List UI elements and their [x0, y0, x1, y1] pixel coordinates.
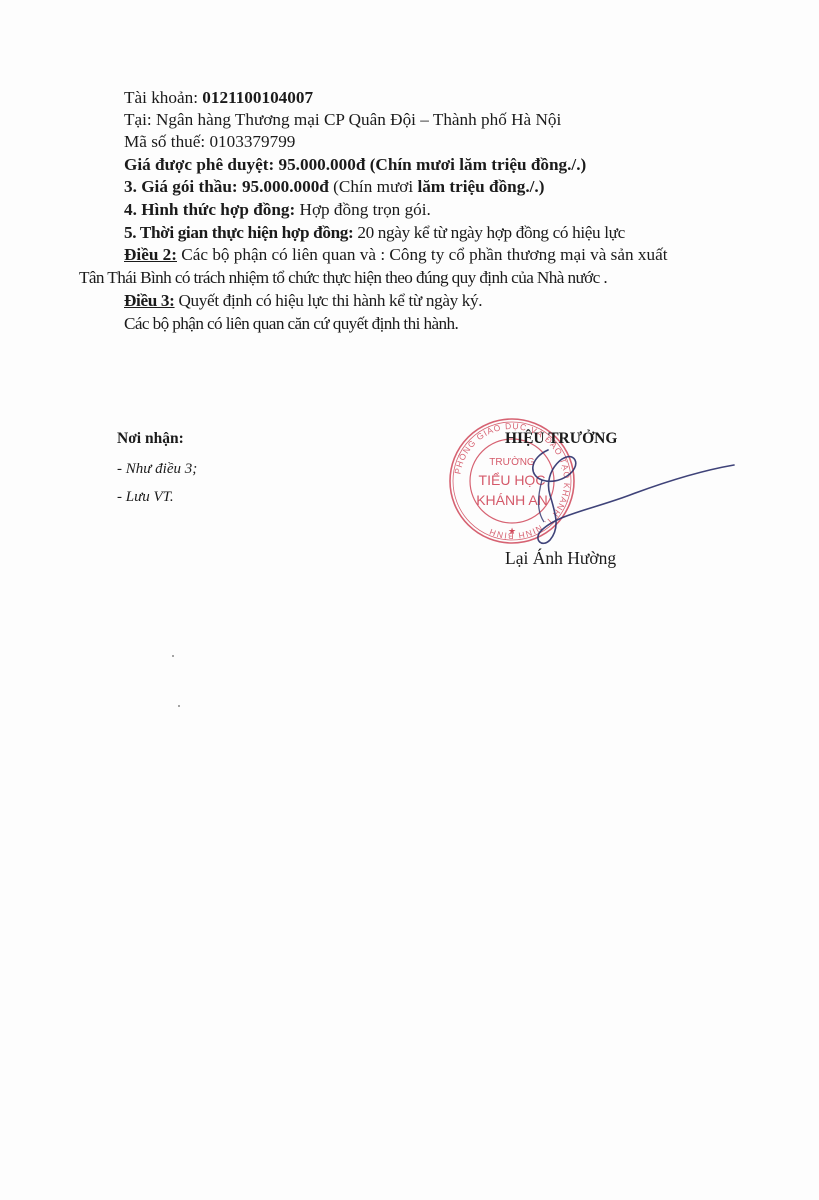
package-price-words-start: (Chín mươi [333, 177, 413, 196]
contract-form-label: 4. Hình thức hợp đồng: [124, 200, 295, 219]
approved-price-line: Giá được phê duyệt: 95.000.000đ (Chín mư… [124, 154, 586, 176]
article-2-line-1: Điều 2: Các bộ phận có liên quan và : Cô… [124, 244, 667, 266]
document-page: Tài khoản: 0121100104007 Tại: Ngân hàng … [0, 0, 819, 1200]
contract-duration-line: 5. Thời gian thực hiện hợp đồng: 20 ngày… [124, 222, 625, 244]
recipients-title: Nơi nhận: [117, 428, 184, 450]
approved-price-words: (Chín mươi lăm triệu đồng./.) [370, 155, 587, 174]
package-price-value: 95.000.000đ [242, 177, 329, 196]
account-label: Tài khoản: [124, 88, 198, 107]
account-line: Tài khoản: 0121100104007 [124, 87, 313, 109]
bank-label: Tại: [124, 110, 152, 129]
article-2-label: Điều 2: [124, 245, 177, 264]
tax-line: Mã số thuế: 0103379799 [124, 131, 295, 153]
bank-line: Tại: Ngân hàng Thương mại CP Quân Đội – … [124, 109, 561, 131]
account-number: 0121100104007 [202, 88, 313, 107]
signer-name: Lại Ánh Hường [505, 547, 616, 569]
package-price-label: 3. Giá gói thầu: [124, 177, 238, 196]
article-3-line: Điều 3: Quyết định có hiệu lực thi hành … [124, 290, 482, 312]
article-3-text: Quyết định có hiệu lực thi hành kể từ ng… [179, 291, 483, 310]
tax-value: 0103379799 [209, 132, 295, 151]
approved-price-label: Giá được phê duyệt: [124, 155, 274, 174]
recipient-item: - Lưu VT. [117, 486, 174, 508]
package-price-line: 3. Giá gói thầu: 95.000.000đ (Chín mươi … [124, 176, 544, 198]
handwritten-signature [520, 440, 735, 550]
bank-value: Ngân hàng Thương mại CP Quân Đội – Thành… [156, 110, 561, 129]
closing-line: Các bộ phận có liên quan căn cứ quyết đị… [124, 313, 458, 335]
contract-duration-value: 20 ngày kể từ ngày hợp đồng có hiệu lực [357, 223, 625, 242]
contract-form-line: 4. Hình thức hợp đồng: Hợp đồng trọn gói… [124, 199, 431, 221]
scan-speck [178, 705, 180, 707]
contract-form-value: Hợp đồng trọn gói. [300, 200, 431, 219]
package-price-words-end: lăm triệu đồng./.) [417, 177, 544, 196]
article-2-text: Các bộ phận có liên quan và : Công ty cổ… [181, 245, 667, 264]
star-icon: ★ [508, 526, 516, 536]
contract-duration-label: 5. Thời gian thực hiện hợp đồng: [124, 223, 353, 242]
article-2-line-2: Tân Thái Bình có trách nhiệm tổ chức thự… [79, 267, 607, 289]
approved-price-value: 95.000.000đ [278, 155, 365, 174]
article-3-label: Điều 3: [124, 291, 175, 310]
scan-speck [172, 655, 174, 657]
tax-label: Mã số thuế: [124, 132, 205, 151]
recipient-item: - Như điều 3; [117, 458, 197, 480]
